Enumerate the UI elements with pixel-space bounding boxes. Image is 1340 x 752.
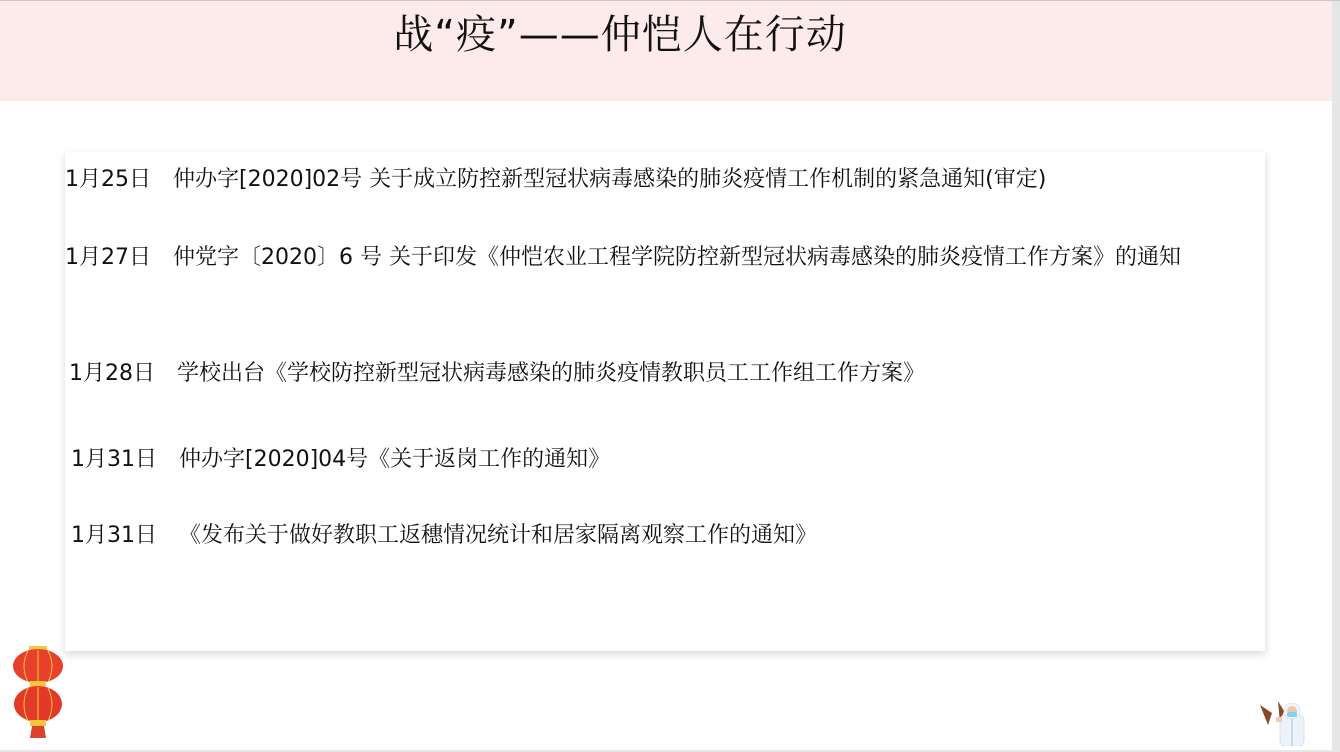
- item-date: 1月31日: [71, 447, 157, 472]
- slide: 战“疫”——仲恺人在行动 1月25日仲办字[2020]02号 关于成立防控新型冠…: [0, 1, 1332, 750]
- item-date: 1月31日: [71, 523, 157, 548]
- item-text: 学校出台《学校防控新型冠状病毒感染的肺炎疫情教职员工工作组工作方案》: [177, 361, 925, 386]
- item-text: 《发布关于做好教职工返穗情况统计和居家隔离观察工作的通知》: [179, 523, 817, 548]
- slide-title-text: 战“疫”——仲恺人在行动: [393, 1, 846, 97]
- item-date: 1月25日: [65, 167, 151, 192]
- item-date: 1月28日: [69, 361, 155, 386]
- item-text: 仲办字[2020]02号 关于成立防控新型冠状病毒感染的肺炎疫情工作机制的紧急通…: [173, 167, 1046, 192]
- list-item: 1月31日仲办字[2020]04号《关于返岗工作的通知》: [71, 444, 610, 476]
- item-date: 1月27日: [65, 245, 151, 270]
- list-item: 1月31日《发布关于做好教职工返穗情况统计和居家隔离观察工作的通知》: [71, 520, 817, 552]
- list-item: 1月28日学校出台《学校防控新型冠状病毒感染的肺炎疫情教职员工工作组工作方案》: [69, 358, 925, 390]
- medical-worker-icon: [1258, 701, 1323, 746]
- slide-title: 战“疫”——仲恺人在行动: [0, 1, 1240, 101]
- list-item: 1月25日仲办字[2020]02号 关于成立防控新型冠状病毒感染的肺炎疫情工作机…: [65, 164, 1046, 196]
- lantern-icon: [10, 646, 66, 741]
- item-text: 仲党字〔2020〕6 号 关于印发《仲恺农业工程学院防控新型冠状病毒感染的肺炎疫…: [173, 245, 1181, 270]
- content-card: 1月25日仲办字[2020]02号 关于成立防控新型冠状病毒感染的肺炎疫情工作机…: [65, 152, 1265, 651]
- item-text: 仲办字[2020]04号《关于返岗工作的通知》: [179, 447, 610, 472]
- list-item: 1月27日仲党字〔2020〕6 号 关于印发《仲恺农业工程学院防控新型冠状病毒感…: [65, 242, 1205, 274]
